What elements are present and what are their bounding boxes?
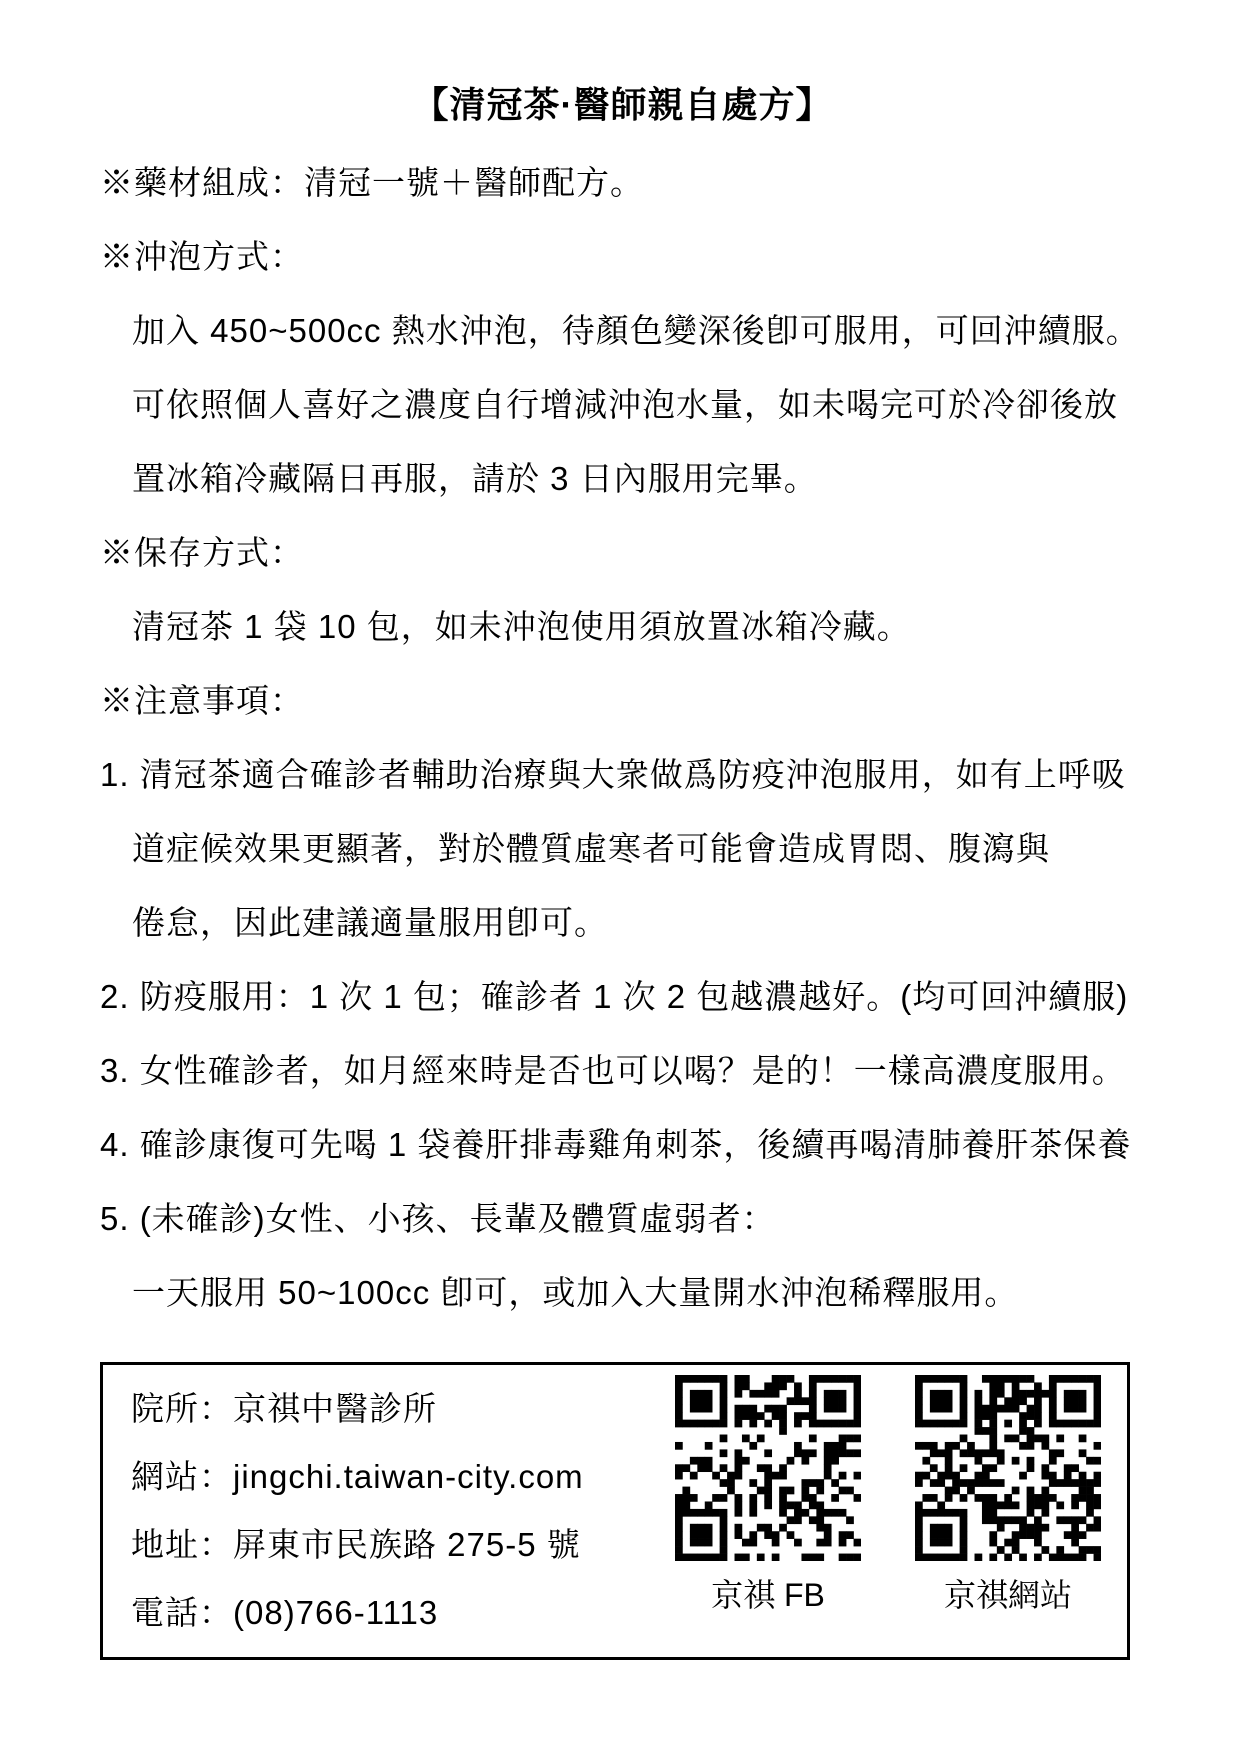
document-line: 5. (未確診)女性、小孩、長輩及體質虛弱者： bbox=[100, 1182, 1145, 1256]
qr-caption: 京祺網站 bbox=[944, 1575, 1072, 1615]
qr-code-fb bbox=[675, 1375, 861, 1561]
clinic-info-row: 網站：jingchi.taiwan-city.com bbox=[131, 1443, 584, 1511]
qr-caption: 京祺 FB bbox=[711, 1575, 825, 1615]
document-line: 清冠茶 1 袋 10 包，如未沖泡使用須放置冰箱冷藏。 bbox=[100, 590, 1145, 664]
qr-figure: 京祺網站 bbox=[915, 1375, 1101, 1615]
qr-figure: 京祺 FB bbox=[675, 1375, 861, 1615]
document-line: 置冰箱冷藏隔日再服，請於 3 日內服用完畢。 bbox=[100, 442, 1145, 516]
prescription-sheet: 【清冠茶·醫師親自處方】 ※藥材組成：清冠一號＋醫師配方。※沖泡方式：加入 45… bbox=[0, 0, 1241, 1754]
clinic-info-row: 院所：京祺中醫診所 bbox=[131, 1375, 584, 1443]
document-line: ※藥材組成：清冠一號＋醫師配方。 bbox=[100, 146, 1145, 220]
document-line: 加入 450~500cc 熱水沖泡，待顏色變深後卽可服用，可回沖續服。 bbox=[100, 294, 1145, 368]
clinic-info-row: 電話：(08)766-1113 bbox=[131, 1579, 584, 1647]
document-line: ※沖泡方式： bbox=[100, 220, 1145, 294]
document-line: 2. 防疫服用：1 次 1 包；確診者 1 次 2 包越濃越好。(均可回沖續服) bbox=[100, 960, 1145, 1034]
document-line: 道症候效果更顯著，對於體質虛寒者可能會造成胃悶、腹瀉與 bbox=[100, 812, 1145, 886]
document-line: 1. 清冠茶適合確診者輔助治療與大衆做爲防疫沖泡服用，如有上呼吸 bbox=[100, 738, 1145, 812]
document-body: ※藥材組成：清冠一號＋醫師配方。※沖泡方式：加入 450~500cc 熱水沖泡，… bbox=[100, 146, 1145, 1330]
qr-area: 京祺 FB京祺網站 bbox=[675, 1375, 1101, 1647]
clinic-info: 院所：京祺中醫診所網站：jingchi.taiwan-city.com地址：屏東… bbox=[131, 1375, 584, 1647]
document-line: 3. 女性確診者，如月經來時是否也可以喝？是的！一樣高濃度服用。 bbox=[100, 1034, 1145, 1108]
clinic-info-box: 院所：京祺中醫診所網站：jingchi.taiwan-city.com地址：屏東… bbox=[100, 1362, 1130, 1660]
document-line: 倦怠，因此建議適量服用卽可。 bbox=[100, 886, 1145, 960]
document-line: 一天服用 50~100cc 卽可，或加入大量開水沖泡稀釋服用。 bbox=[100, 1256, 1145, 1330]
qr-code-website bbox=[915, 1375, 1101, 1561]
clinic-info-row: 地址：屏東市民族路 275-5 號 bbox=[131, 1511, 584, 1579]
document-line: ※注意事項： bbox=[100, 664, 1145, 738]
document-line: 4. 確診康復可先喝 1 袋養肝排毒雞角刺茶，後續再喝清肺養肝茶保養 bbox=[100, 1108, 1145, 1182]
document-line: 可依照個人喜好之濃度自行增減沖泡水量，如未喝完可於冷卻後放 bbox=[100, 368, 1145, 442]
page-title: 【清冠茶·醫師親自處方】 bbox=[100, 64, 1145, 146]
document-line: ※保存方式： bbox=[100, 516, 1145, 590]
